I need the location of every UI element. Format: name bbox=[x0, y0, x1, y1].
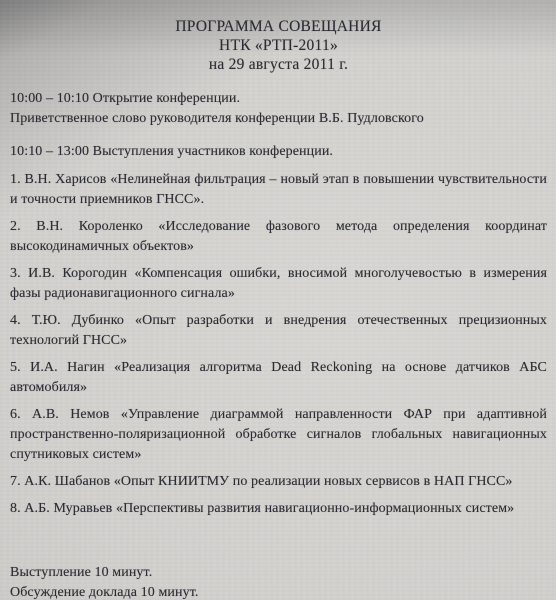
talk-item-7: 7. А.К. Шабанов «Опыт КНИИТМУ по реализа… bbox=[10, 472, 547, 492]
footer-discussion-duration: Обсуждение доклада 10 минут. bbox=[10, 583, 547, 600]
opening-greeting-line: Приветственное слово руководителя конфер… bbox=[10, 109, 547, 129]
talk-item-1: 1. В.Н. Харисов «Нелинейная фильтрация –… bbox=[10, 170, 547, 210]
document-page: ПРОГРАММА СОВЕЩАНИЯ НТК «РТП-2011» на 29… bbox=[0, 0, 556, 600]
talk-item-5: 5. И.А. Нагин «Реализация алгоритма Dead… bbox=[10, 358, 547, 398]
talk-item-3: 3. И.В. Корогодин «Компенсация ошибки, в… bbox=[10, 264, 547, 304]
footer-speech-duration: Выступление 10 минут. bbox=[10, 563, 547, 583]
photographed-paper-background: ПРОГРАММА СОВЕЩАНИЯ НТК «РТП-2011» на 29… bbox=[0, 0, 556, 600]
talk-item-6: 6. А.В. Немов «Управление диаграммой нап… bbox=[10, 405, 547, 465]
footer-block: Выступление 10 минут. Обсуждение доклада… bbox=[10, 563, 547, 600]
talk-item-4: 4. Т.Ю. Дубинко «Опыт разработки и внедр… bbox=[10, 311, 547, 351]
talk-item-8: 8. А.Б. Муравьев «Перспективы развития н… bbox=[10, 499, 547, 519]
doc-title-conference-name: НТК «РТП-2011» bbox=[10, 36, 547, 55]
opening-time-line: 10:00 – 10:10 Открытие конференции. bbox=[10, 89, 547, 109]
title-block: ПРОГРАММА СОВЕЩАНИЯ НТК «РТП-2011» на 29… bbox=[10, 17, 547, 74]
doc-title-line: ПРОГРАММА СОВЕЩАНИЯ bbox=[10, 17, 547, 36]
talks-session-header: 10:10 – 13:00 Выступления участников кон… bbox=[10, 142, 547, 162]
talk-item-2: 2. В.Н. Короленко «Исследование фазового… bbox=[10, 217, 547, 257]
doc-title-date: на 29 августа 2011 г. bbox=[10, 55, 547, 74]
